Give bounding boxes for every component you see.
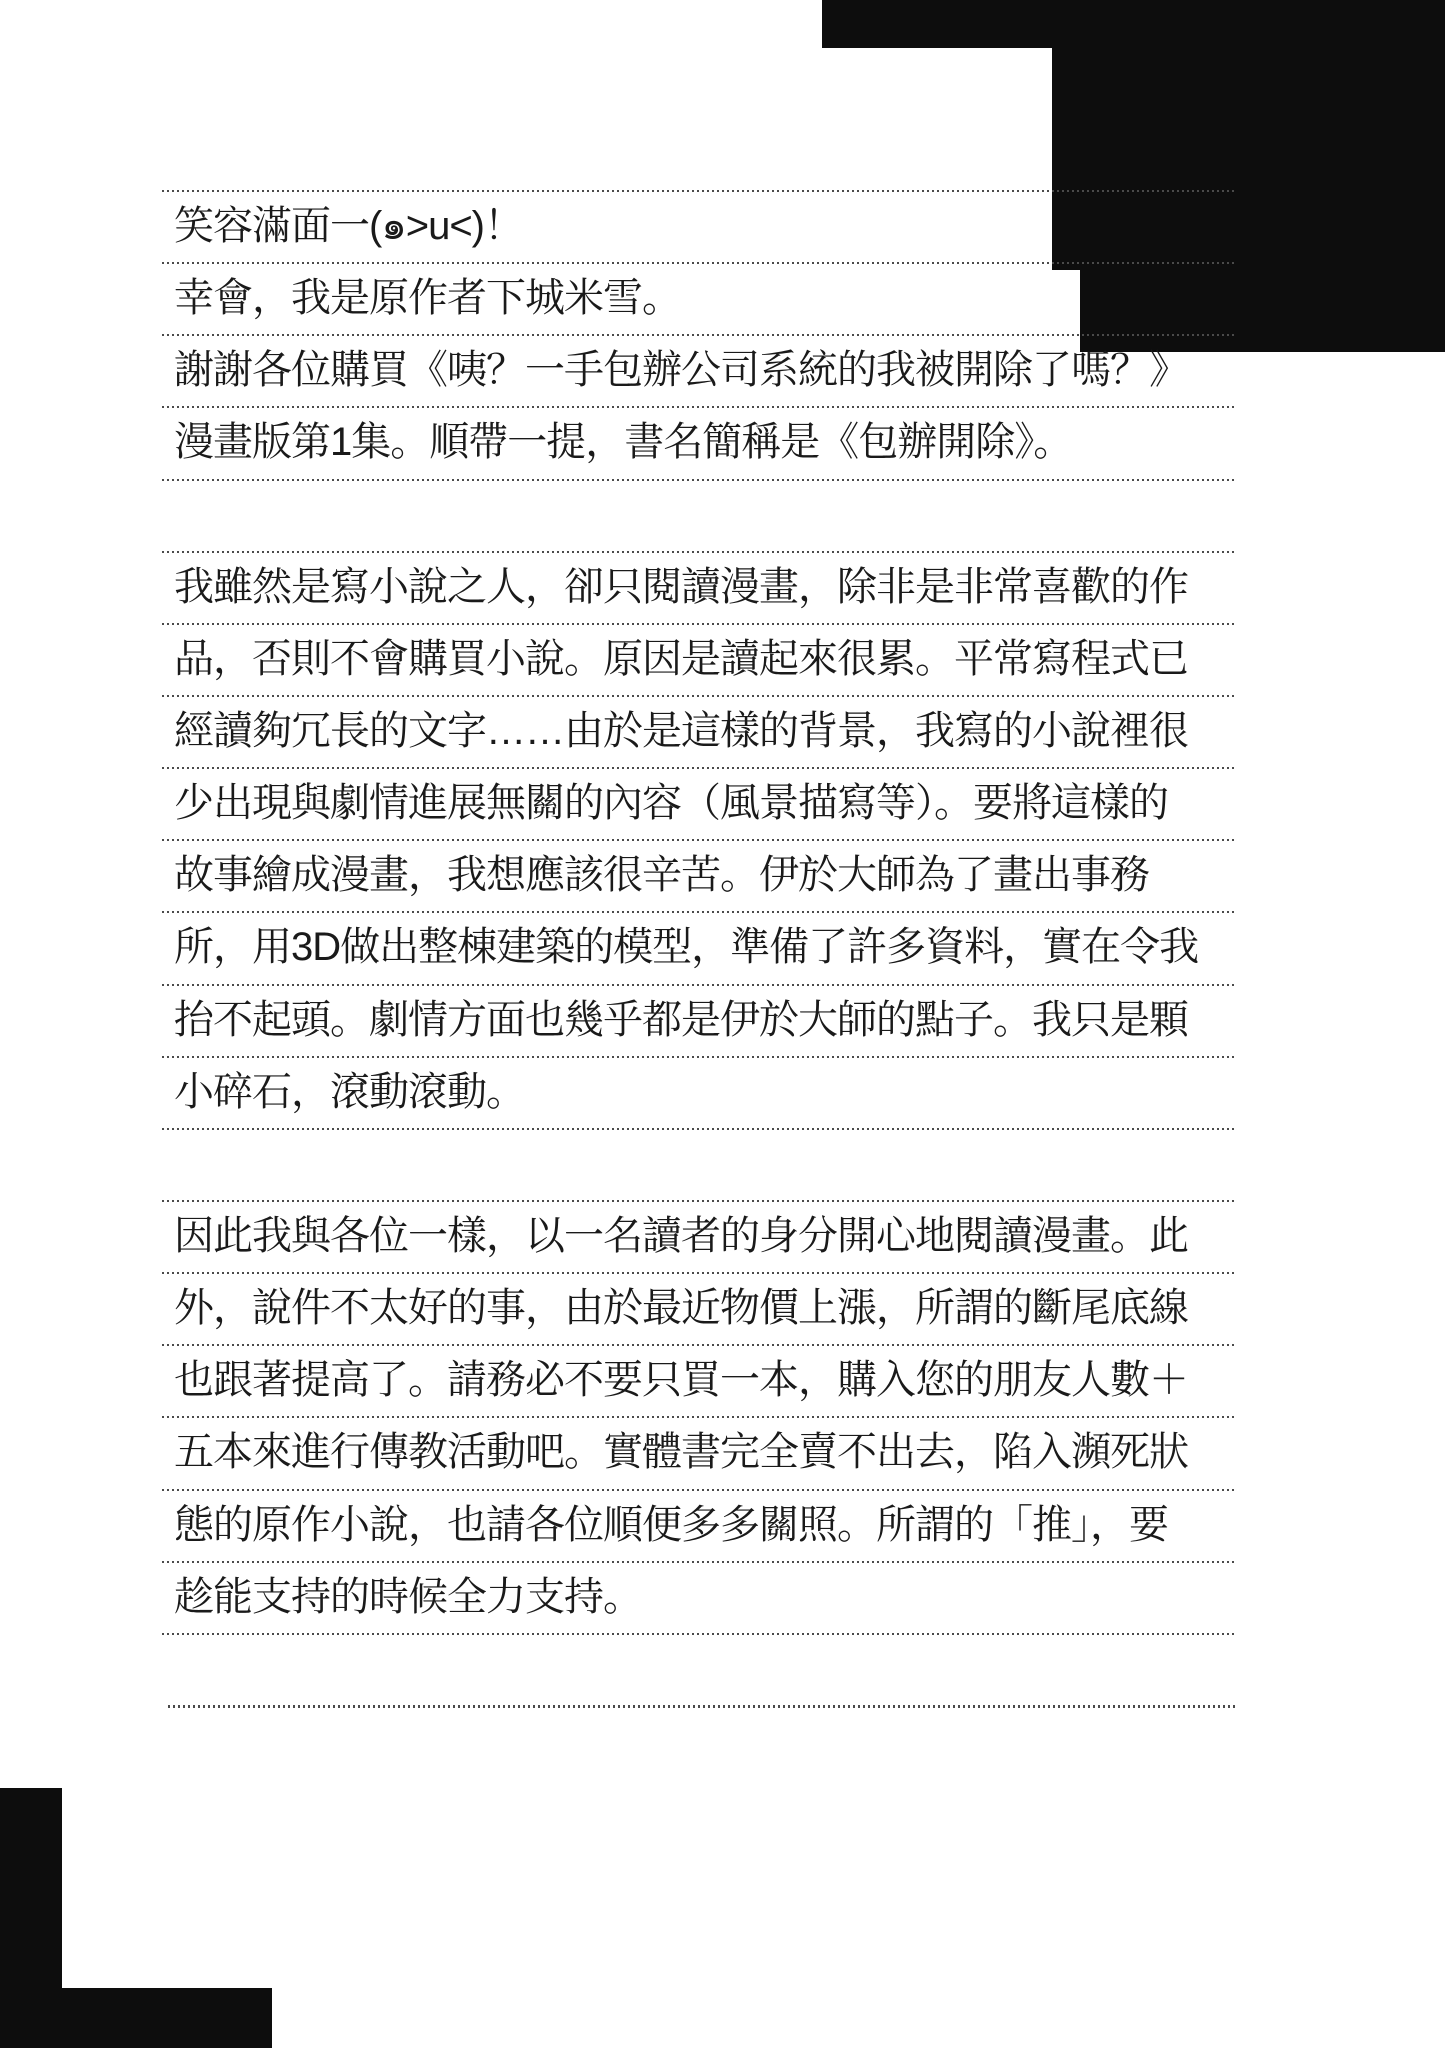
afterword-line-text: 也跟著提高了。請務必不要只買一本，購入您的朋友人數＋ <box>174 1360 1188 1400</box>
notebook-line: 經讀夠冗長的文字……由於是這樣的背景，我寫的小說裡很 <box>168 695 1235 767</box>
notebook-line: 品，否則不會購買小說。原因是讀起來很累。平常寫程式已 <box>168 623 1235 695</box>
afterword-line-text: 少出現與劇情進展無關的內容（風景描寫等）。要將這樣的 <box>174 783 1168 823</box>
notebook-line: 幸會，我是原作者下城米雪。 <box>168 262 1235 334</box>
afterword-line-text: 品，否則不會購買小說。原因是讀起來很累。平常寫程式已 <box>174 639 1188 679</box>
afterword-line-text: 小碎石，滾動滾動。 <box>174 1072 525 1112</box>
afterword-line-text: 我雖然是寫小說之人，卻只閱讀漫畫，除非是非常喜歡的作 <box>174 567 1188 607</box>
notebook-line: 因此我與各位一樣，以一名讀者的身分開心地閱讀漫畫。此 <box>168 1200 1235 1272</box>
notebook-line: 外，說件不太好的事，由於最近物價上漲，所謂的斷尾底線 <box>168 1272 1235 1344</box>
notebook-line: 故事繪成漫畫，我想應該很辛苦。伊於大師為了畫出事務 <box>168 839 1235 911</box>
notebook-line <box>168 1705 1235 1708</box>
notebook-line: 謝謝各位購買《咦？一手包辦公司系統的我被開除了嗎？》 <box>168 334 1235 406</box>
afterword-line-text: 五本來進行傳教活動吧。實體書完全賣不出去，陷入瀕死狀 <box>174 1432 1188 1472</box>
notebook-line <box>168 1128 1235 1200</box>
notebook-line <box>168 1633 1235 1705</box>
notebook-line: 五本來進行傳教活動吧。實體書完全賣不出去，陷入瀕死狀 <box>168 1416 1235 1488</box>
notebook-line: 小碎石，滾動滾動。 <box>168 1056 1235 1128</box>
corner-block-bottom-left-base <box>0 1988 272 2048</box>
notebook-line: 笑容滿面一(๑>u<)！ <box>168 190 1235 262</box>
notebook-line: 抬不起頭。劇情方面也幾乎都是伊於大師的點子。我只是顆 <box>168 984 1235 1056</box>
ruled-text-area: 笑容滿面一(๑>u<)！ 幸會，我是原作者下城米雪。 謝謝各位購買《咦？一手包辦… <box>168 190 1235 1708</box>
notebook-line: 我雖然是寫小說之人，卻只閱讀漫畫，除非是非常喜歡的作 <box>168 551 1235 623</box>
afterword-line-text: 幸會，我是原作者下城米雪。 <box>174 278 681 318</box>
notebook-line: 漫畫版第1集。順帶一提，書名簡稱是《包辦開除》。 <box>168 406 1235 478</box>
afterword-line-text: 經讀夠冗長的文字……由於是這樣的背景，我寫的小說裡很 <box>174 711 1188 751</box>
afterword-line-text: 笑容滿面一(๑>u<)！ <box>174 206 523 246</box>
notebook-line: 也跟著提高了。請務必不要只買一本，購入您的朋友人數＋ <box>168 1344 1235 1416</box>
notebook-line: 趁能支持的時候全力支持。 <box>168 1561 1235 1633</box>
notebook-line: 態的原作小說，也請各位順便多多關照。所謂的「推」，要 <box>168 1489 1235 1561</box>
notebook-line <box>168 479 1235 551</box>
afterword-line-text: 趁能支持的時候全力支持。 <box>174 1577 642 1617</box>
notebook-line: 少出現與劇情進展無關的內容（風景描寫等）。要將這樣的 <box>168 767 1235 839</box>
afterword-line-text: 因此我與各位一樣，以一名讀者的身分開心地閱讀漫畫。此 <box>174 1216 1188 1256</box>
afterword-line-text: 態的原作小說，也請各位順便多多關照。所謂的「推」，要 <box>174 1505 1168 1545</box>
afterword-line-text: 漫畫版第1集。順帶一提，書名簡稱是《包辦開除》。 <box>174 422 1072 462</box>
afterword-line-text: 抬不起頭。劇情方面也幾乎都是伊於大師的點子。我只是顆 <box>174 1000 1188 1040</box>
afterword-line-text: 故事繪成漫畫，我想應該很辛苦。伊於大師為了畫出事務 <box>174 855 1149 895</box>
afterword-page: 笑容滿面一(๑>u<)！ 幸會，我是原作者下城米雪。 謝謝各位購買《咦？一手包辦… <box>0 0 1445 2048</box>
afterword-line-text: 所，用3D做出整棟建築的模型，準備了許多資料，實在令我 <box>174 927 1198 967</box>
afterword-line-text: 外，說件不太好的事，由於最近物價上漲，所謂的斷尾底線 <box>174 1288 1188 1328</box>
afterword-line-text: 謝謝各位購買《咦？一手包辦公司系統的我被開除了嗎？》 <box>174 350 1188 390</box>
notebook-line: 所，用3D做出整棟建築的模型，準備了許多資料，實在令我 <box>168 911 1235 983</box>
